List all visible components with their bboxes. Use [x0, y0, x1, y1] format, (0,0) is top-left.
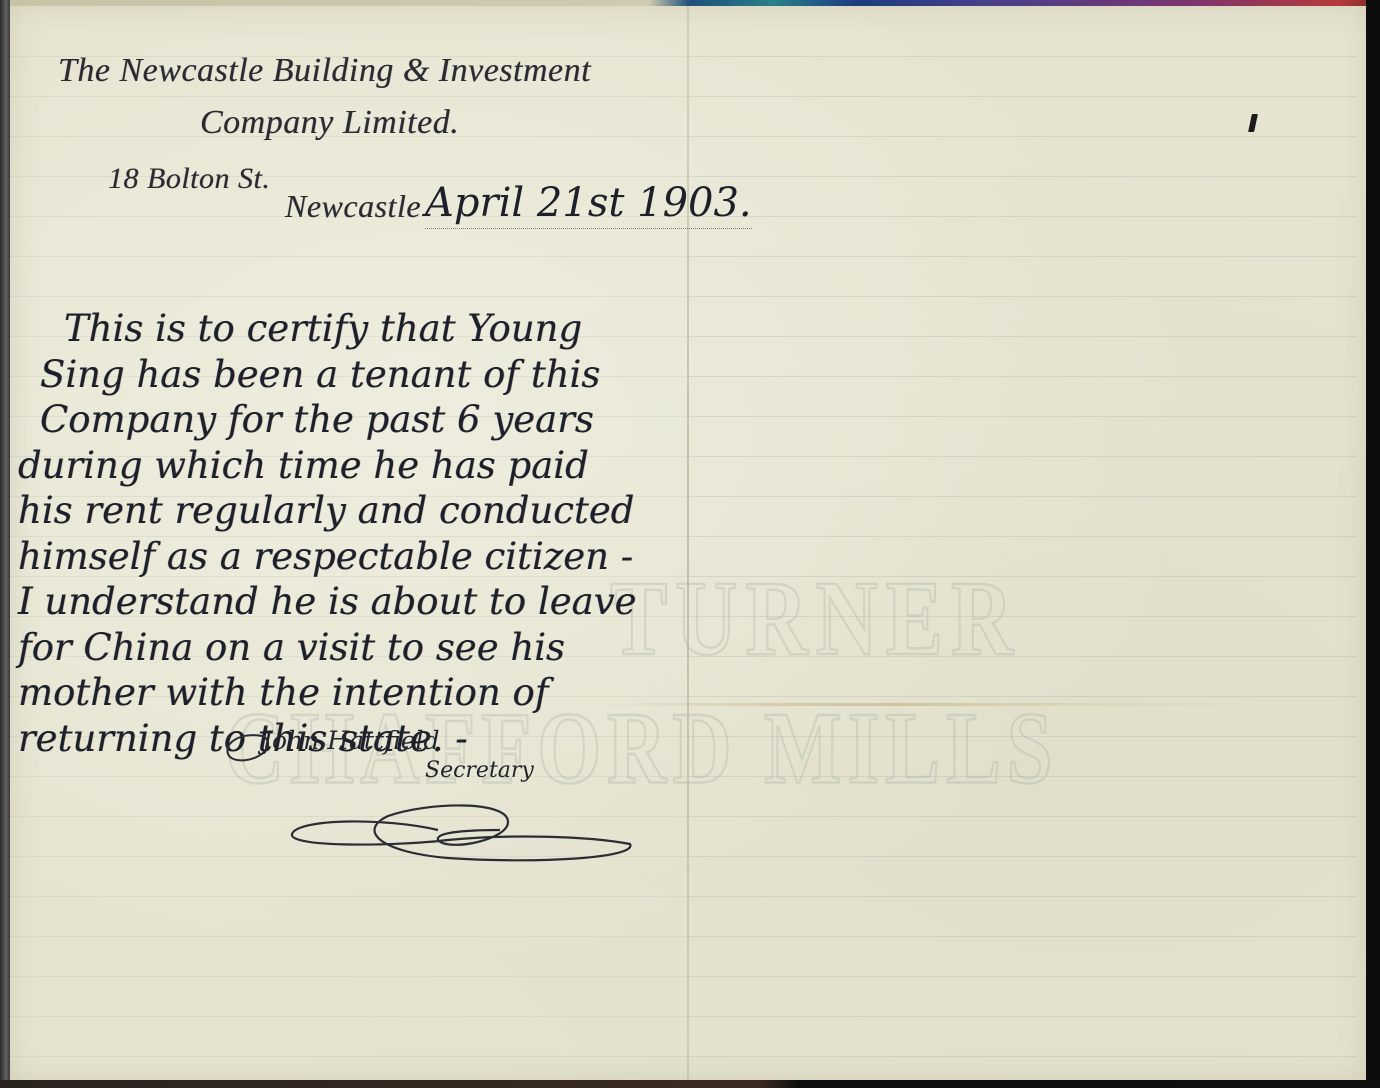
body-line: himself as a respectable citizen -	[18, 534, 637, 580]
signature-name: John Hattfield	[262, 726, 440, 755]
body-line: Company for the past 6 years	[18, 397, 637, 443]
signature-flourish-icon	[288, 800, 638, 870]
scanned-document: TURNER CHAFFORD MILLS The Newcastle Buil…	[0, 0, 1380, 1088]
center-fold	[687, 5, 689, 1081]
letterhead-company: The Newcastle Building & Investment	[58, 52, 591, 90]
ruled-lines-right-page	[689, 5, 1357, 1081]
body-line: Sing has been a tenant of this	[18, 352, 637, 398]
body-line: his rent regularly and conducted	[18, 488, 637, 534]
body-line: This is to certify that Young	[18, 306, 637, 352]
letterhead-address: 18 Bolton St.	[108, 162, 270, 196]
scan-right-edge	[1366, 0, 1380, 1088]
watermark-line1: TURNER	[610, 555, 1021, 680]
letterhead-company-suffix: Company Limited.	[200, 104, 459, 142]
letter-body: This is to certify that Young Sing has b…	[18, 306, 637, 761]
scan-top-edge	[0, 0, 1380, 6]
scan-bottom-edge	[0, 1080, 1380, 1088]
scan-left-edge	[0, 0, 10, 1088]
body-line: mother with the intention of	[18, 670, 637, 716]
body-line: during which time he has paid	[18, 443, 637, 489]
signature-title: Secretary	[425, 758, 534, 783]
letterhead-city: Newcastle	[285, 188, 421, 225]
letter-date: April 21st 1903.	[425, 180, 752, 229]
body-line: I understand he is about to leave	[18, 579, 637, 625]
body-line: for China on a visit to see his	[18, 625, 637, 671]
